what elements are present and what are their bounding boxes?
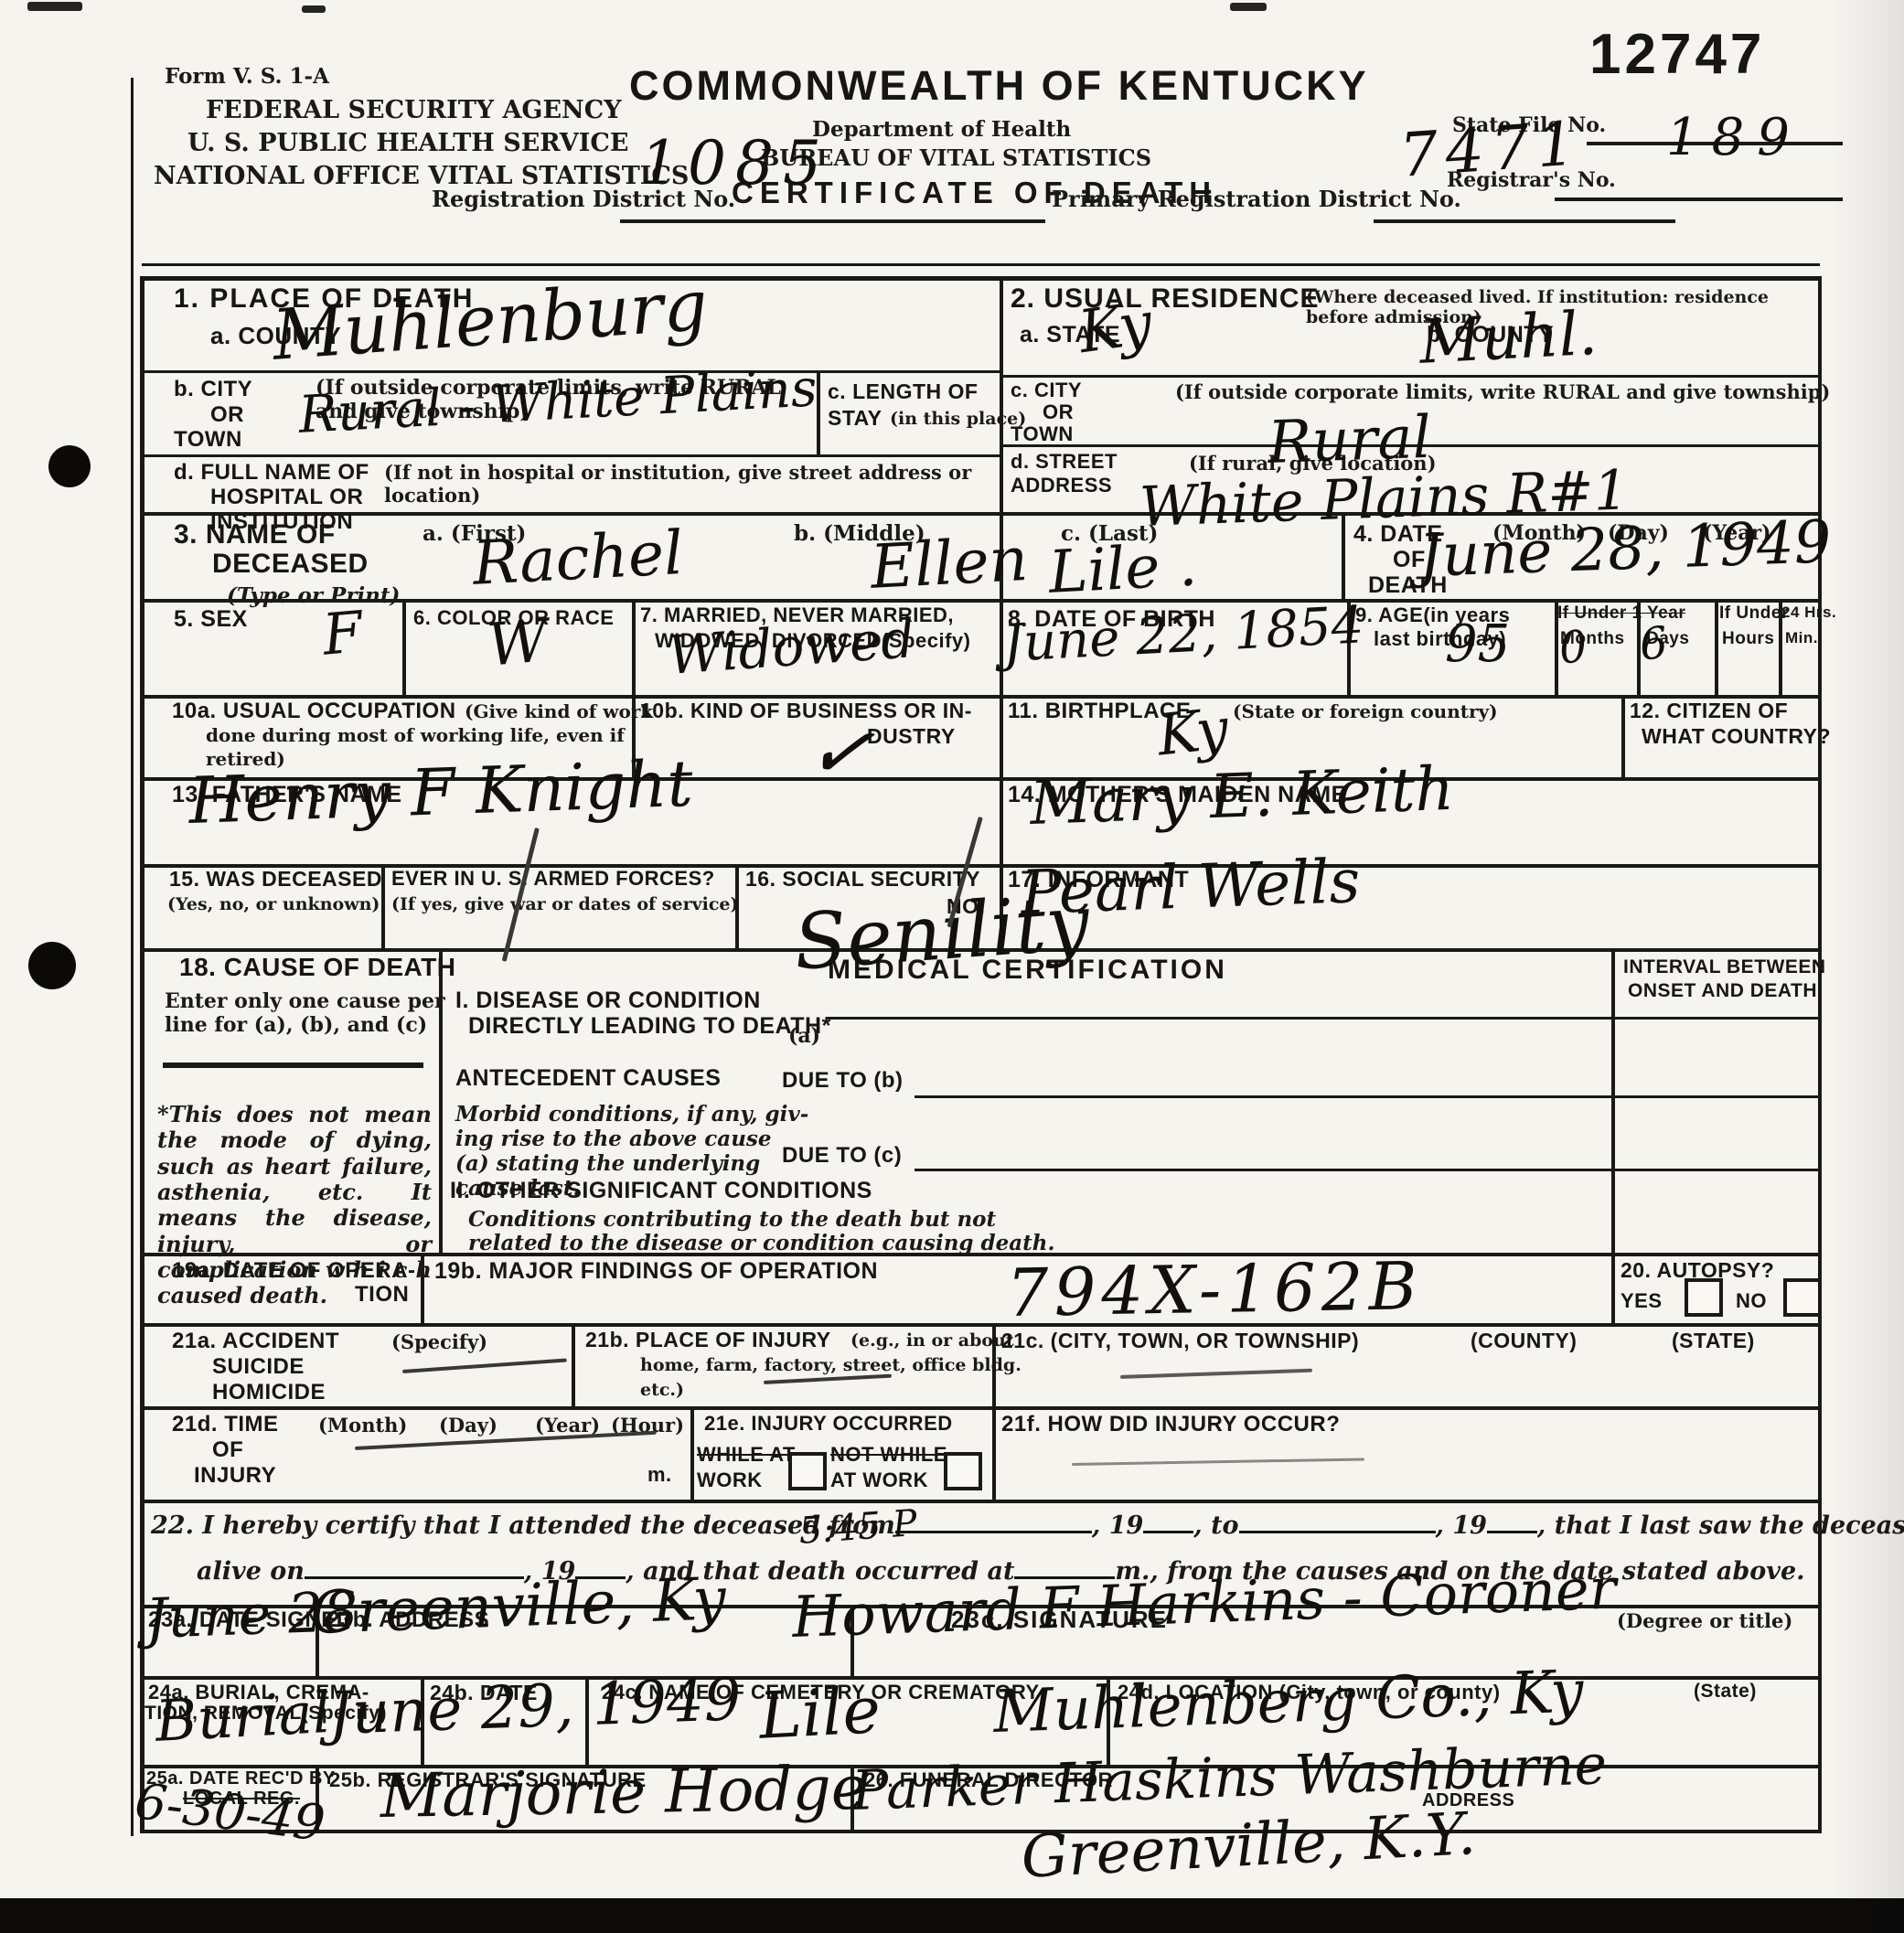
not-while-at-work-label-2: AT WORK — [830, 1468, 928, 1492]
autopsy-yes-checkbox — [1685, 1278, 1723, 1317]
not-while-at-work-checkbox — [944, 1452, 982, 1490]
address-value: Greenville, Ky — [309, 1565, 727, 1648]
injury-m-label: m. — [647, 1463, 672, 1487]
other-conditions-label: II. OTHER SIGNIFICANT CONDITIONS — [450, 1178, 872, 1204]
how-injury-dash — [1072, 1458, 1364, 1466]
punch-hole — [48, 445, 91, 487]
agency-line-1: FEDERAL SECURITY AGENCY — [206, 96, 622, 124]
age-days-value: 6 — [1637, 617, 1670, 671]
scan-speck — [302, 5, 326, 13]
dept-line: Department of Health — [812, 117, 1071, 142]
cell-border — [1000, 276, 1003, 948]
county-value: Muhlenburg — [270, 264, 711, 376]
time-of-injury-of: OF — [212, 1437, 243, 1463]
interval-label: INTERVAL BETWEEN — [1623, 956, 1826, 978]
while-at-work-label: WHILE AT — [697, 1443, 796, 1467]
primary-district-value: 7471 — [1397, 108, 1585, 191]
certify-text-1: I hereby certify that I attended the dec… — [202, 1511, 895, 1540]
residence-city-town: TOWN — [1011, 422, 1074, 446]
autopsy-yes-label: YES — [1621, 1289, 1663, 1313]
place-of-injury-note-1: (e.g., in or about — [850, 1330, 1014, 1351]
registrars-no-underline — [1555, 198, 1843, 201]
form-border-top — [142, 276, 1820, 281]
cell-border — [690, 1406, 694, 1500]
how-injury-occurred-label: 21f. HOW DID INJURY OCCUR? — [1001, 1412, 1340, 1437]
burial-value: Burial — [154, 1679, 332, 1755]
cell-divider — [142, 454, 1000, 457]
registrar-signature-value: Marjorie Hodge — [380, 1753, 867, 1832]
cause-rule — [163, 1063, 423, 1068]
line-a-tag: (a) — [788, 1024, 820, 1048]
morbid-note-2: ing rise to the above cause — [455, 1127, 772, 1151]
cause-note-1: Enter only one cause per — [165, 989, 445, 1013]
cell-divider — [1000, 375, 1820, 378]
location-value: Muhlenberg Co., Ky — [992, 1658, 1585, 1746]
first-name-value: Rachel — [471, 518, 685, 599]
city-label: b. CITY — [174, 377, 252, 402]
specify-note: (Specify) — [391, 1330, 487, 1353]
form-border-left — [140, 276, 144, 1833]
occupation-note-1: (Give kind of work — [465, 700, 653, 722]
form-border-top-outer — [142, 263, 1820, 266]
cell-border — [402, 599, 406, 695]
armed-forces-label: 15. WAS DECEASED — [169, 867, 382, 892]
place-of-injury-dash — [764, 1374, 892, 1384]
middle-name-value: Ellen — [869, 524, 1030, 603]
due-to-c-label: DUE TO (c) — [782, 1143, 902, 1169]
time-of-death-value: 5:45 P — [797, 1502, 918, 1553]
injury-state-label: (STATE) — [1672, 1329, 1755, 1353]
other-conditions-note-1: Conditions contributing to the death but… — [468, 1207, 996, 1232]
name-of-deceased-title-2: DECEASED — [212, 549, 369, 580]
city-label-or: OR — [210, 402, 244, 428]
line-c-underline — [915, 1169, 1818, 1171]
name-of-deceased-title: 3. NAME OF — [174, 519, 336, 550]
min-label: Min. — [1785, 629, 1818, 647]
scan-speck — [27, 2, 82, 11]
length-of-stay-note: (in this place) — [890, 409, 1026, 429]
street-address-label: d. STREET — [1011, 450, 1118, 474]
while-at-work-label-2: WORK — [697, 1468, 763, 1492]
due-to-b-label: DUE TO (b) — [782, 1068, 904, 1094]
form-number: Form V. S. 1-A — [165, 64, 329, 89]
citizen-label: 12. CITIZEN OF — [1630, 699, 1788, 723]
homicide-label: HOMICIDE — [212, 1380, 326, 1405]
state-file-stamp-number: 12747 — [1589, 22, 1765, 87]
date-of-operation-label-2: TION — [355, 1282, 409, 1308]
page-title: COMMONWEALTH OF KENTUCKY — [629, 62, 1369, 110]
primary-district-label: Primary Registration District No. — [1052, 186, 1461, 212]
occupation-label: 10a. USUAL OCCUPATION — [172, 699, 456, 724]
cause-note-2: line for (a), (b), and (c) — [165, 1013, 427, 1037]
row-divider — [142, 1500, 1820, 1503]
length-of-stay-label: c. LENGTH OF — [828, 379, 978, 404]
major-findings-label: 19b. MAJOR FINDINGS OF OPERATION — [434, 1258, 878, 1285]
morbid-note-3: (a) stating the underlying — [455, 1151, 760, 1176]
last-name-value: Lile . — [1047, 532, 1199, 607]
location-state-label: (State) — [1694, 1681, 1757, 1703]
place-of-injury-label: 21b. PLACE OF INJURY — [585, 1328, 831, 1352]
type-or-print-note: (Type or Print) — [227, 583, 400, 608]
certify-alive-on: alive on — [197, 1557, 305, 1586]
disease-label-2: DIRECTLY LEADING TO DEATH* — [468, 1013, 831, 1040]
form-edge-line — [131, 78, 134, 1836]
hospital-note: (If not in hospital or institution, give… — [384, 462, 979, 507]
date-of-operation-label: 19a. DATE OF OPERA- — [172, 1258, 415, 1284]
certify-19b: , 19 — [1436, 1511, 1487, 1540]
cause-of-death-title: 18. CAUSE OF DEATH — [179, 953, 456, 982]
sex-value: F — [320, 598, 365, 667]
residence-county-value: Muhl. — [1417, 298, 1599, 378]
burial-date-value: June 29, 1949 — [327, 1666, 743, 1748]
color-race-value: W — [485, 607, 551, 679]
injury-city-dash — [1120, 1369, 1312, 1379]
residence-city-note: (If outside corporate limits, write RURA… — [1175, 380, 1830, 403]
registration-district-underline — [620, 219, 1045, 223]
hospital-label: d. FULL NAME OF — [174, 460, 369, 486]
suicide-label: SUICIDE — [212, 1354, 305, 1380]
street-address-label-2: ADDRESS — [1011, 474, 1112, 497]
cell-border — [1611, 948, 1615, 1323]
city-label-town: TOWN — [174, 427, 242, 453]
business-label-2: DUSTRY — [867, 724, 956, 749]
under-24-label: If Under — [1719, 603, 1789, 624]
line-b-underline — [915, 1095, 1818, 1098]
armed-forces-label-2: EVER IN U. S. ARMED FORCES? — [391, 867, 715, 891]
certify-no: 22. — [151, 1511, 194, 1540]
hospital-label-2: HOSPITAL OR — [210, 485, 363, 510]
agency-line-2: U. S. PUBLIC HEALTH SERVICE — [187, 129, 628, 157]
certify-text-2: , that I last saw the deceased — [1537, 1511, 1904, 1540]
age-value: 95 — [1445, 614, 1510, 674]
row-divider — [142, 1406, 1820, 1410]
time-of-injury-injury: INJURY — [194, 1463, 276, 1489]
age-months-value: 0 — [1556, 621, 1589, 675]
usual-residence-title: 2. USUAL RESIDENCE — [1011, 283, 1320, 315]
line-a-underline — [826, 1017, 1818, 1020]
scan-bottom-band — [0, 1898, 1904, 1933]
residence-city-or: OR — [1043, 400, 1074, 424]
primary-district-underline — [1374, 219, 1675, 223]
injury-year-label: (Year) — [535, 1414, 600, 1436]
death-certificate-scan: Form V. S. 1-A FEDERAL SECURITY AGENCY U… — [0, 0, 1904, 1933]
sex-label: 5. SEX — [174, 606, 248, 633]
injury-city-label: 21c. (CITY, TOWN, OR TOWNSHIP) — [1001, 1329, 1359, 1353]
injury-month-label: (Month) — [318, 1414, 407, 1436]
not-while-at-work-label: NOT WHILE — [830, 1443, 947, 1467]
residence-state-value: Ky — [1075, 290, 1156, 367]
punch-hole — [28, 942, 76, 989]
citizen-label-2: WHAT COUNTRY? — [1642, 724, 1831, 749]
major-findings-value: 794X-162B — [1006, 1247, 1423, 1331]
disease-label: I. DISEASE OR CONDITION — [455, 988, 761, 1014]
date-of-death-value: June 28, 1949 — [1417, 508, 1833, 591]
cell-border — [1621, 695, 1625, 777]
injury-occurred-label: 21e. INJURY OCCURRED — [704, 1412, 953, 1436]
armed-forces-note-1: (Yes, no, or unknown) — [167, 894, 380, 914]
cell-border — [572, 1323, 575, 1406]
other-conditions-note-2: related to the disease or condition caus… — [468, 1231, 1054, 1255]
registrars-no-value: 189 — [1666, 108, 1802, 167]
cemetery-value: Lile — [757, 1672, 882, 1754]
injury-county-label: (COUNTY) — [1471, 1329, 1577, 1353]
length-of-stay-label-2: STAY — [828, 406, 882, 431]
certify-statement-line-1: 22. I hereby certify that I attended the… — [151, 1509, 1904, 1540]
certify-19a: , 19 — [1092, 1511, 1143, 1540]
interval-label-2: ONSET AND DEATH — [1628, 980, 1817, 1002]
cell-border — [1715, 599, 1718, 695]
degree-title-note: (Degree or title) — [1617, 1609, 1792, 1632]
place-of-injury-note-3: etc.) — [640, 1380, 684, 1400]
residence-city-label: c. CITY — [1011, 379, 1082, 402]
business-check-mark: ✓ — [801, 702, 879, 802]
row-divider — [142, 1323, 1820, 1327]
morbid-note-1: Morbid conditions, if any, giv- — [455, 1102, 808, 1127]
scan-speck — [1230, 3, 1267, 11]
mothers-name-value: Mary E. Keith — [1029, 753, 1455, 838]
injury-day-label: (Day) — [439, 1414, 497, 1436]
hours-label: Hours — [1722, 629, 1774, 649]
24hrs-label: 24 Hrs. — [1781, 603, 1836, 622]
time-of-injury-label: 21d. TIME — [172, 1412, 279, 1437]
while-at-work-checkbox — [788, 1452, 827, 1490]
antecedent-label: ANTECEDENT CAUSES — [455, 1065, 721, 1092]
occupation-note-2: done during most of working life, even i… — [206, 724, 625, 746]
place-of-injury-note-2: home, farm, factory, street, office bldg… — [640, 1355, 1022, 1375]
certify-to: , to — [1193, 1511, 1238, 1540]
birthplace-note: (State or foreign country) — [1233, 700, 1498, 722]
registration-district-value: 1085 — [640, 128, 830, 198]
accident-label: 21a. ACCIDENT — [172, 1329, 339, 1354]
autopsy-no-label: NO — [1736, 1289, 1767, 1313]
birthplace-value: Ky — [1154, 695, 1232, 769]
business-label: 10b. KIND OF BUSINESS OR IN- — [640, 699, 972, 723]
armed-forces-note-2: (If yes, give war or dates of service) — [391, 894, 739, 914]
accident-dash — [402, 1358, 567, 1373]
autopsy-no-checkbox — [1783, 1278, 1822, 1317]
